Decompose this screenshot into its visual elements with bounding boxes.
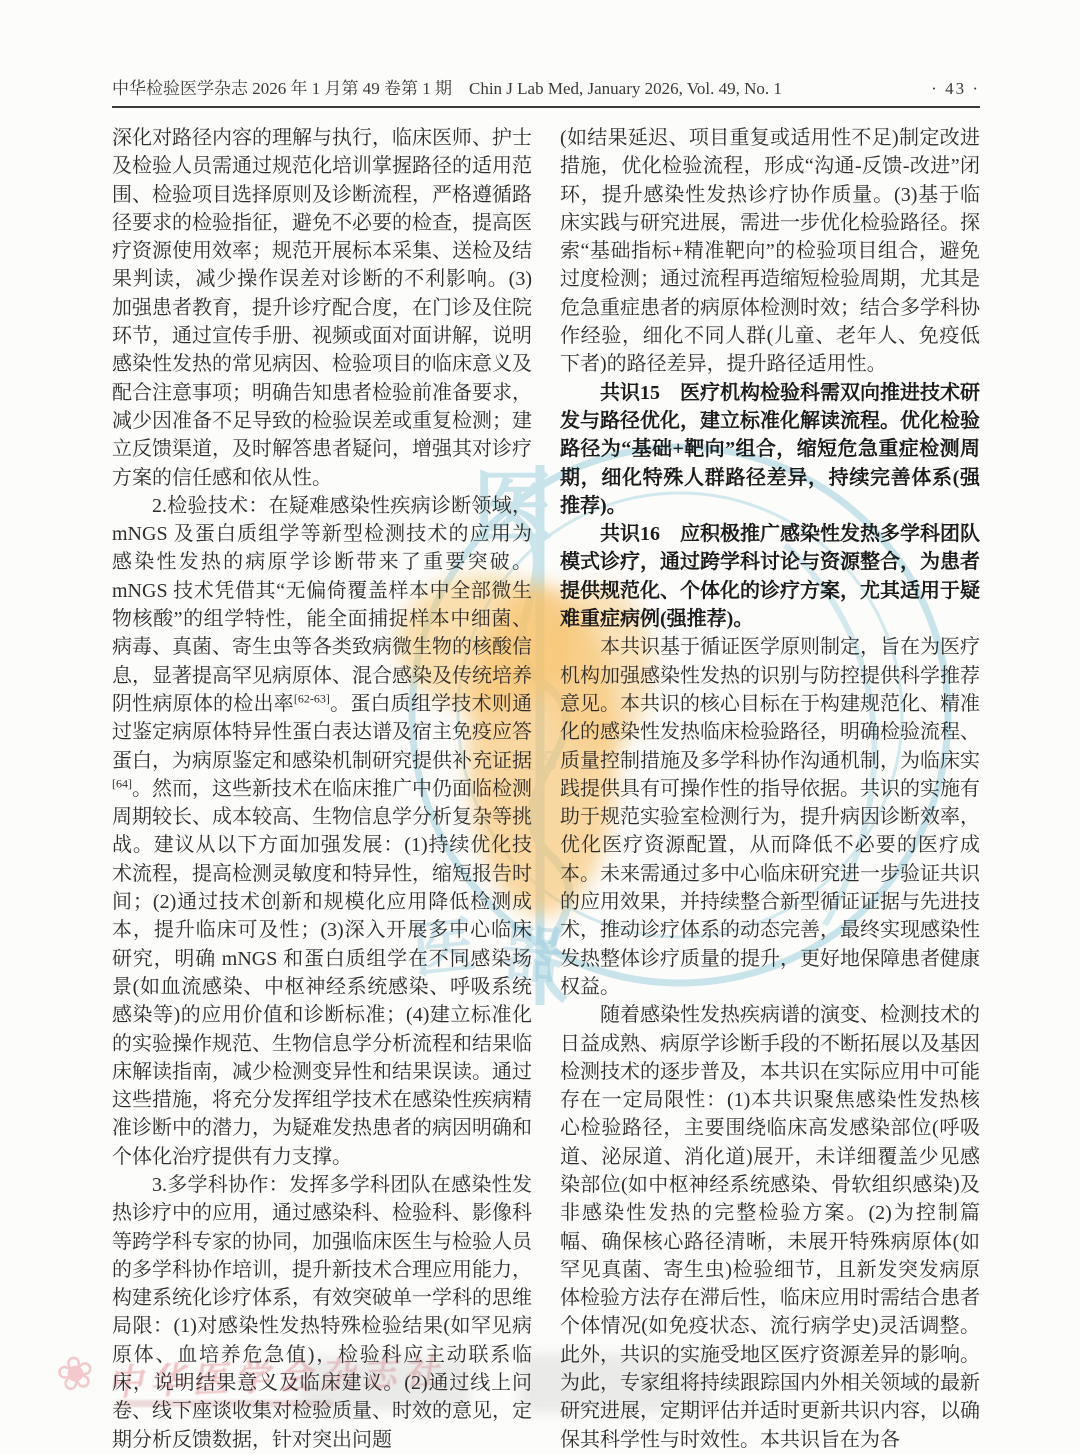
flower-icon: ❀ <box>52 1343 99 1403</box>
paragraph: 3.多学科协作：发挥多学科团队在感染性发热诊疗中的应用，通过感染科、检验科、影像… <box>112 1171 532 1454</box>
paragraph: 共识15 医疗机构检验科需双向推进技术研发与路径优化，建立标准化解读流程。优化检… <box>560 379 980 520</box>
text-run: 共识16 应积极推广感染性发热多学科团队模式诊疗，通过跨学科讨论与资源整合，为患… <box>560 523 980 630</box>
text-run: 本共识基于循证医学原则制定，旨在为医疗机构加强感染性发热的识别与防控提供科学推荐… <box>560 636 980 998</box>
paragraph: 共识16 应积极推广感染性发热多学科团队模式诊疗，通过跨学科讨论与资源整合，为患… <box>560 520 980 633</box>
text-run: (如结果延迟、项目重复或适用性不足)制定改进措施，优化检验流程，形成“沟通-反馈… <box>560 127 980 375</box>
reference-superscript: [64] <box>112 776 132 790</box>
page-header: 中华检验医学杂志 2026 年 1 月第 49 卷第 1 期 Chin J La… <box>112 74 980 108</box>
article-body: 深化对路径内容的理解与执行，临床医师、护士及检验人员需通过规范化培训掌握路径的适… <box>112 124 980 1454</box>
journal-info: 中华检验医学杂志 2026 年 1 月第 49 卷第 1 期 Chin J La… <box>112 74 782 99</box>
right-column: (如结果延迟、项目重复或适用性不足)制定改进措施，优化检验流程，形成“沟通-反馈… <box>560 124 980 1454</box>
paragraph: (如结果延迟、项目重复或适用性不足)制定改进措施，优化检验流程，形成“沟通-反馈… <box>560 124 980 379</box>
text-run: 。然而，这些新技术在临床推广中仍面临检测周期较长、成本较高、生物信息学分析复杂等… <box>112 778 532 1168</box>
text-run: 3.多学科协作：发挥多学科团队在感染性发热诊疗中的应用，通过感染科、检验科、影像… <box>112 1174 532 1451</box>
text-run: 随着感染性发热疾病谱的演变、检测技术的日益成熟、病原学诊断手段的不断拓展以及基因… <box>560 1004 980 1450</box>
page-number: · 43 · <box>931 79 980 99</box>
paragraph: 2.检验技术：在疑难感染性疾病诊断领域，mNGS 及蛋白质组学等新型检测技术的应… <box>112 492 532 1171</box>
text-run: 共识15 医疗机构检验科需双向推进技术研发与路径优化，建立标准化解读流程。优化检… <box>560 382 980 517</box>
paragraph: 深化对路径内容的理解与执行，临床医师、护士及检验人员需通过规范化培训掌握路径的适… <box>112 124 532 492</box>
paragraph: 本共识基于循证医学原则制定，旨在为医疗机构加强感染性发热的识别与防控提供科学推荐… <box>560 633 980 1001</box>
reference-superscript: [62-63] <box>294 691 330 705</box>
left-column: 深化对路径内容的理解与执行，临床医师、护士及检验人员需通过规范化培训掌握路径的适… <box>112 124 532 1454</box>
text-run: 深化对路径内容的理解与执行，临床医师、护士及检验人员需通过规范化培训掌握路径的适… <box>112 127 532 489</box>
text-run: 2.检验技术：在疑难感染性疾病诊断领域，mNGS 及蛋白质组学等新型检测技术的应… <box>112 495 532 715</box>
paragraph: 随着感染性发热疾病谱的演变、检测技术的日益成熟、病原学诊断手段的不断拓展以及基因… <box>560 1001 980 1454</box>
